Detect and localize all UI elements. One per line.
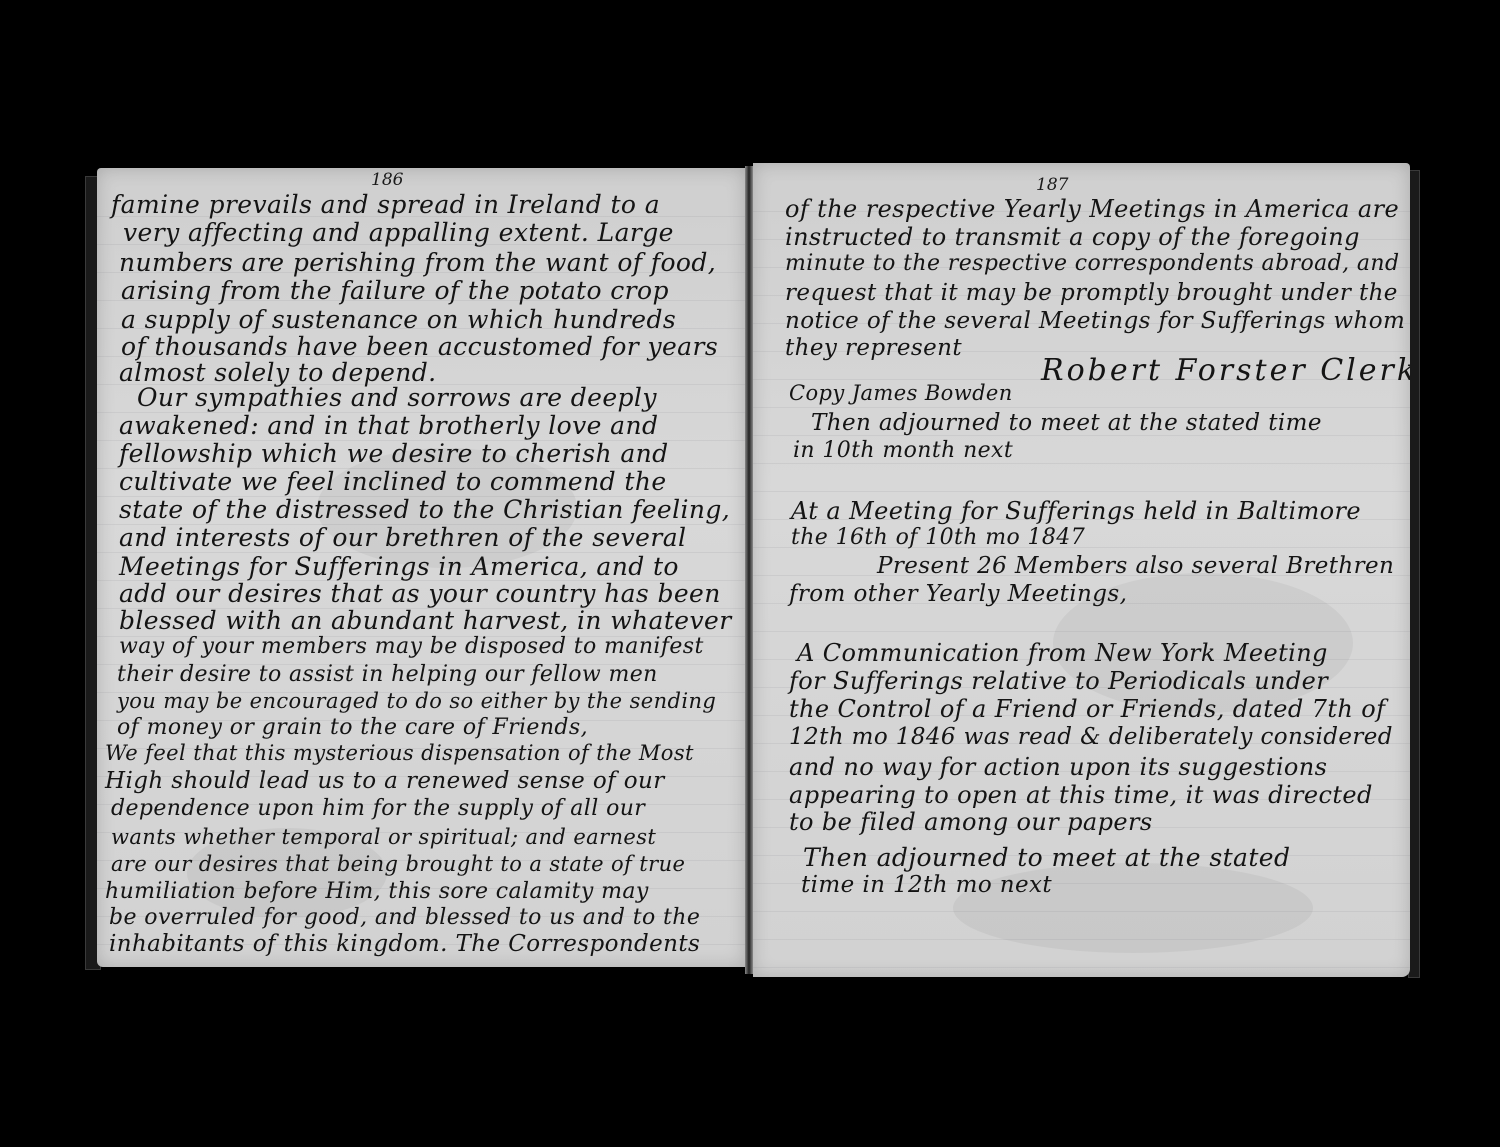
text-line: state of the distressed to the Christian… — [119, 495, 730, 524]
text-line: are our desires that being brought to a … — [111, 852, 685, 876]
communication-line: A Communication from New York Meeting — [797, 639, 1328, 667]
text-line: minute to the respective correspondents … — [785, 251, 1399, 276]
text-line: be overruled for good, and blessed to us… — [109, 905, 700, 930]
communication-line: appearing to open at this time, it was d… — [789, 781, 1373, 809]
text-line: inhabitants of this kingdom. The Corresp… — [109, 931, 700, 957]
text-line: notice of the several Meetings for Suffe… — [785, 308, 1405, 334]
attendance-line: Present 26 Members also several Brethren — [877, 553, 1394, 579]
attendance-line: from other Yearly Meetings, — [789, 581, 1127, 607]
ruled-line — [753, 463, 1410, 464]
page-number: 186 — [371, 170, 403, 190]
text-line: numbers are perishing from the want of f… — [119, 248, 716, 277]
text-line: their desire to assist in helping our fe… — [117, 662, 658, 687]
text-line: you may be encouraged to do so either by… — [117, 689, 716, 713]
ruled-line — [753, 491, 1410, 492]
text-line: and interests of our brethren of the sev… — [119, 523, 686, 552]
communication-line: the Control of a Friend or Friends, date… — [789, 695, 1385, 723]
text-line: awakened: and in that brotherly love and — [119, 411, 658, 440]
page-number: 187 — [1036, 175, 1068, 195]
communication-line: to be filed among our papers — [789, 808, 1153, 836]
text-line: of the respective Yearly Meetings in Ame… — [785, 195, 1399, 223]
left-page: 186 famine prevails and spread in Irelan… — [97, 168, 745, 967]
text-line: request that it may be promptly brought … — [785, 280, 1398, 306]
text-line: Meetings for Sufferings in America, and … — [119, 552, 679, 581]
adjournment-line: Then adjourned to meet at the stated — [803, 843, 1290, 872]
copy-attribution: Copy James Bowden — [789, 381, 1013, 405]
text-line: arising from the failure of the potato c… — [121, 276, 669, 305]
text-line: of money or grain to the care of Friends… — [117, 715, 588, 740]
text-line: cultivate we feel inclined to commend th… — [119, 467, 667, 496]
communication-line: and no way for action upon its suggestio… — [789, 753, 1327, 781]
text-line: they represent — [785, 335, 962, 361]
communication-line: for Sufferings relative to Periodicals u… — [789, 667, 1328, 695]
text-line: High should lead us to a renewed sense o… — [105, 768, 665, 794]
adjournment-line: time in 12th mo next — [801, 872, 1052, 898]
text-line: fellowship which we desire to cherish an… — [119, 439, 669, 468]
adjournment-line: in 10th month next — [793, 438, 1013, 463]
open-book: 186 famine prevails and spread in Irelan… — [0, 0, 1500, 1147]
ruled-line — [753, 967, 1410, 968]
communication-line: 12th mo 1846 was read & deliberately con… — [789, 724, 1393, 750]
text-line: humiliation before Him, this sore calami… — [105, 879, 649, 904]
adjournment-line: Then adjourned to meet at the stated tim… — [811, 410, 1322, 436]
text-line: add our desires that as your country has… — [119, 579, 721, 608]
text-line: dependence upon him for the supply of al… — [111, 796, 645, 821]
text-line: We feel that this mysterious dispensatio… — [105, 741, 694, 765]
book-spine — [745, 166, 753, 974]
text-line: blessed with an abundant harvest, in wha… — [119, 606, 732, 635]
text-line: famine prevails and spread in Ireland to… — [111, 190, 660, 219]
text-line: way of your members may be disposed to m… — [119, 634, 704, 659]
ruled-line — [753, 407, 1410, 408]
clerk-signature: Robert Forster Clerk — [1041, 353, 1410, 388]
text-line: instructed to transmit a copy of the for… — [785, 223, 1360, 251]
meeting-heading: At a Meeting for Sufferings held in Balt… — [791, 497, 1361, 525]
meeting-heading: the 16th of 10th mo 1847 — [791, 525, 1085, 550]
text-line: wants whether temporal or spiritual; and… — [111, 825, 656, 849]
text-line: of thousands have been accustomed for ye… — [121, 332, 718, 361]
text-line: very affecting and appalling extent. Lar… — [123, 218, 674, 247]
right-page: 187 of the respective Yearly Meetings in… — [753, 163, 1410, 977]
text-line: Our sympathies and sorrows are deeply — [137, 383, 657, 412]
text-line: a supply of sustenance on which hundreds — [121, 305, 676, 334]
